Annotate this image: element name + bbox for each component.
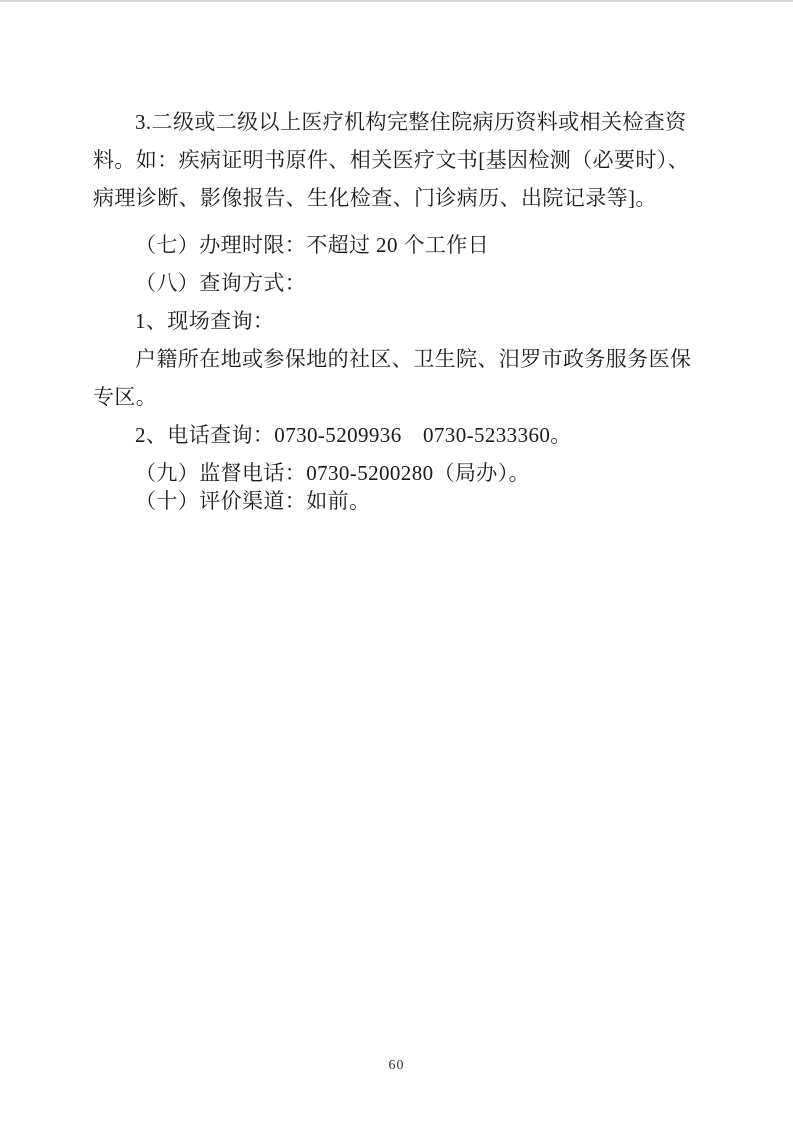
scan-edge-artifact: [0, 0, 793, 2]
para-materials-item-3: 3.二级或二级以上医疗机构完整住院病历资料或相关检查资 料。如：疾病证明书原件、…: [93, 103, 705, 217]
document-page: 3.二级或二级以上医疗机构完整住院病历资料或相关检查资 料。如：疾病证明书原件、…: [0, 0, 793, 1122]
para-onsite-query-locations: 户籍所在地或参保地的社区、卫生院、汨罗市政务服务医保 专区。: [93, 340, 705, 416]
para-phone-query: 2、电话查询：0730-5209936 0730-5233360。: [93, 416, 705, 454]
page-footer: 60: [0, 1056, 793, 1074]
para-query-methods-heading: （八）查询方式：: [93, 264, 705, 302]
page-number: 60: [389, 1058, 405, 1073]
para-onsite-query-heading: 1、现场查询：: [93, 302, 705, 340]
document-body: 3.二级或二级以上医疗机构完整住院病历资料或相关检查资 料。如：疾病证明书原件、…: [93, 103, 705, 520]
para-time-limit: （七）办理时限：不超过 20 个工作日: [93, 226, 705, 264]
